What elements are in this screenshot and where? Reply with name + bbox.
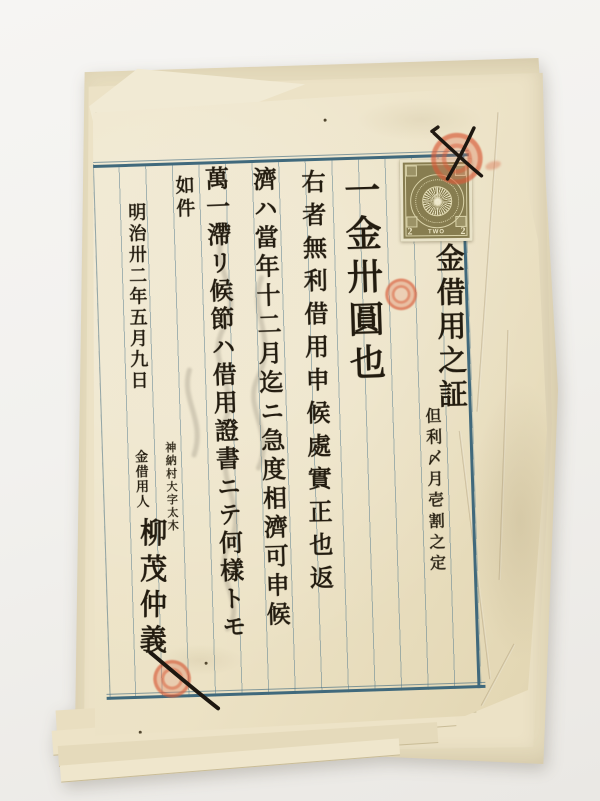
stamp-ring [410,174,465,229]
stamp-ring [415,179,459,223]
borrower-label-column: 金借用人 [134,449,150,529]
stamp-frame [405,164,468,237]
body-column: 右者無利借用申候處實正也返 [298,169,333,684]
signature-column: 柳茂仲義 [137,517,165,706]
closing-column: 如件 [173,175,195,266]
stamp-chrysanthemum-icon [422,186,452,216]
ink-bleedthrough [165,217,298,641]
amount-column: 一金卅圓也 [341,171,385,412]
ink-speck [139,731,142,734]
photo-background: 金借用之証 一金卅圓也 但利〆月壱割之定 右者無利借用申候處實正也返 濟ハ當年十… [0,0,600,801]
ink-stroke [144,644,226,716]
stamp-numeral-left: 2 [407,226,412,237]
stamp-ornament [406,165,417,176]
stamp-center-text: 印紙 [432,193,441,207]
date-column: 明治卅二年五月九日 [127,203,148,433]
interest-clause-column: 但利〆月壱割之定 [423,407,447,647]
body-column: 濟ハ當年十二月迄ニ急度相濟可申候 [249,166,289,688]
frame-line-left [93,164,111,700]
cancellation-x-icon [422,123,504,195]
hanko-seal-on-amount [385,278,418,311]
stamp-word: TWO [428,229,445,235]
title-column: 金借用之証 [432,243,466,464]
paper-crease [481,644,516,707]
red-ink-smudge [484,159,502,171]
frame-line-bottom-thick [107,685,486,700]
borrower-address-column: 神納村大字太木 [164,442,180,592]
ruled-area: 金借用之証 一金卅圓也 但利〆月壱割之定 右者無利借用申候處實正也返 濟ハ當年十… [93,156,482,699]
frame-line-top-thick [90,153,469,168]
frame-line-top [90,150,469,163]
paper-stack: 金借用之証 一金卅圓也 但利〆月壱割之定 右者無利借用申候處實正也返 濟ハ當年十… [0,0,600,801]
ink-speck [205,662,208,665]
paper-crease [459,431,491,679]
frame-line-bottom [107,682,486,695]
frame-line-right [461,152,480,688]
paper-crease [499,330,510,580]
hanko-seal-on-signature [152,659,191,698]
paper-crease [477,112,500,411]
column-rule-lines [93,156,482,699]
stamp-ornament [455,216,466,227]
ink-speck [324,119,327,122]
revenue-stamp: 印紙 2 TWO 2 [400,159,473,242]
hanko-seal-over-stamp [430,132,484,186]
stamp-ornament [406,216,417,227]
stamp-ornament [455,165,466,176]
stamp-numeral-right: 2 [460,226,465,237]
stamp-denomination: 2 TWO 2 [403,226,469,238]
body-column: 萬一滯リ候節ハ借用證書ニテ何樣トモ [201,166,245,693]
